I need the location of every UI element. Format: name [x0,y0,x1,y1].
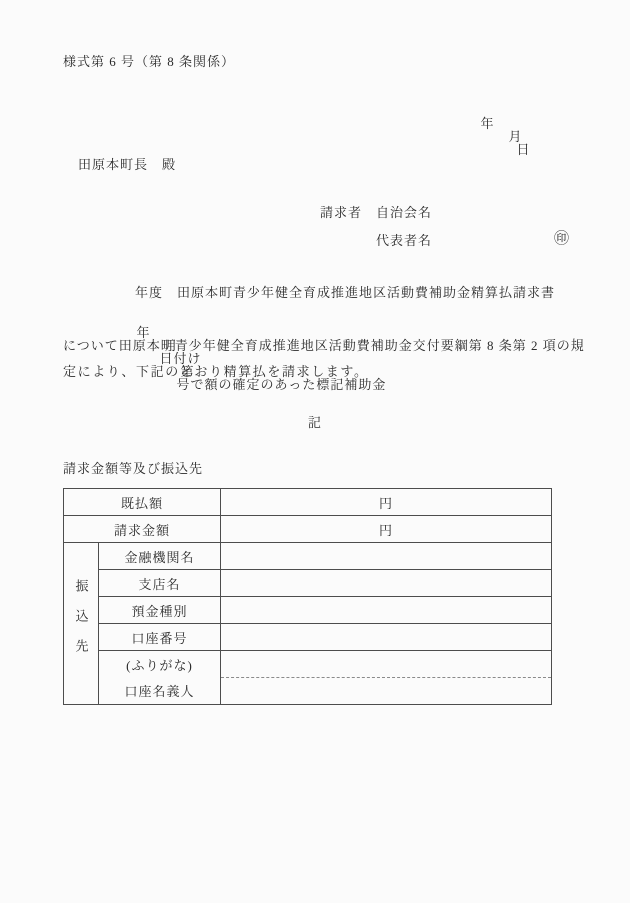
date-year-label: 年 [481,117,495,130]
body-line1-text: 号で額の確定のあった標記補助金 [177,378,387,391]
branch-name-label: 支店名 [99,570,221,597]
addressee: 田原本町長 殿 [78,158,176,171]
table-row: 口座番号 [64,624,552,651]
table-row: 支店名 [64,570,552,597]
furigana-label: (ふりがな) [99,652,220,678]
paid-amount-label: 既払額 [64,489,221,516]
deposit-type-label: 預金種別 [99,597,221,624]
table-row: 預金種別 [64,597,552,624]
document-title: 年度 田原本町青少年健全育成推進地区活動費補助金精算払請求書 [135,286,555,299]
transfer-group-label: 振込先 [75,579,88,669]
record-mark: 記 [0,416,630,429]
account-holder-label-cell: (ふりがな) 口座名義人 [99,651,221,705]
table-row: 振込先 金融機関名 [64,543,552,570]
table-caption: 請求金額等及び振込先 [63,462,203,475]
account-number-value [221,624,552,651]
body-line-3: 定により、下記のとおり精算払を請求します。 [63,365,369,378]
table-row: 請求金額 円 [64,516,552,543]
body-line-2: について田原本町青少年健全育成推進地区活動費補助金交付要綱第 8 条第 2 項の… [63,339,585,352]
bank-name-value [221,543,552,570]
branch-name-value [221,570,552,597]
paid-amount-value: 円 [221,489,552,516]
account-holder-value [221,678,551,704]
claim-amount-label: 請求金額 [64,516,221,543]
claim-amount-value: 円 [221,516,552,543]
date-day-label: 日 [517,143,531,156]
table-row: (ふりがな) 口座名義人 [64,651,552,705]
bank-name-label: 金融機関名 [99,543,221,570]
document-page: { "theme": { "paper_color": "#fbfbfb", "… [0,0,630,903]
account-holder-value-cell [221,651,552,705]
furigana-value [221,651,551,678]
payment-table: 既払額 円 請求金額 円 振込先 金融機関名 支店名 預金種別 口座番号 [63,488,552,705]
account-holder-label: 口座名義人 [99,678,220,704]
issue-date-line: 年 月 日 [472,104,531,156]
form-number: 様式第 6 号（第 8 条関係） [63,55,235,68]
claimant-line: 請求者 自治会名 [320,206,432,219]
account-number-label: 口座番号 [99,624,221,651]
table-row: 既払額 円 [64,489,552,516]
seal-mark-icon: ㊞ [554,232,569,247]
deposit-type-value [221,597,552,624]
transfer-group-cell: 振込先 [64,543,99,705]
representative-label: 代表者名 [376,234,432,247]
